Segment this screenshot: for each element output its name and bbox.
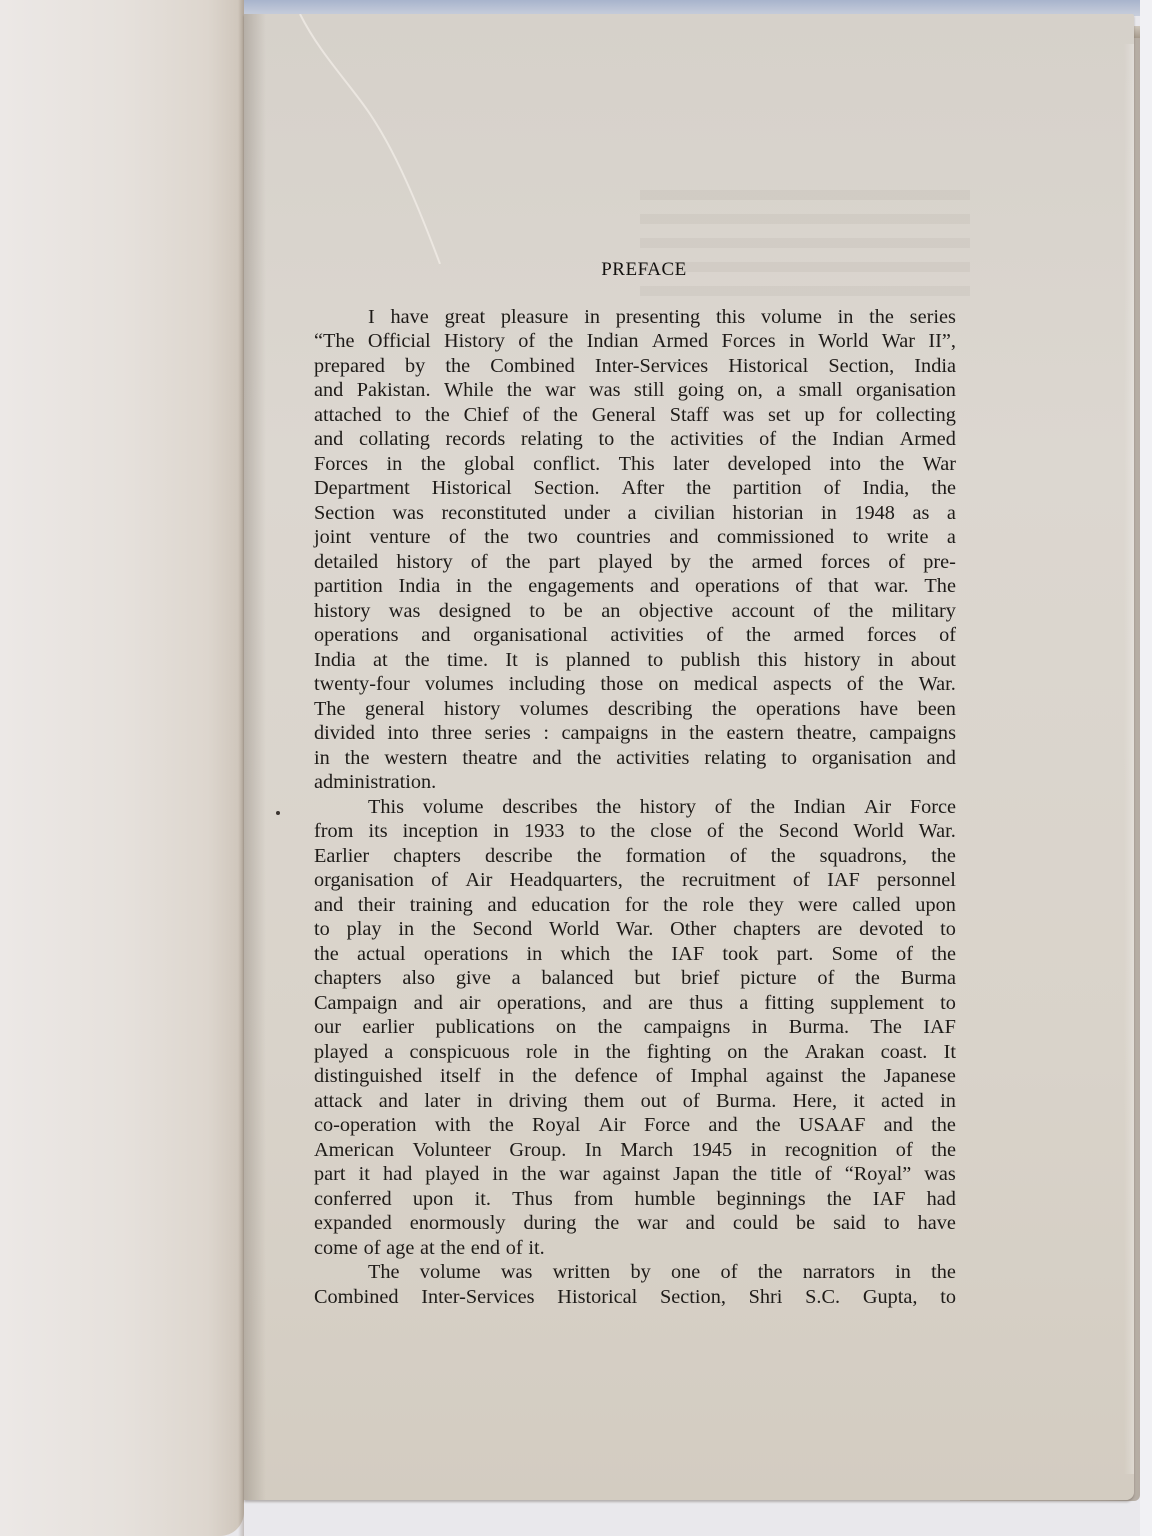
word: of	[364, 1236, 381, 1261]
text-line: ourearlierpublicationsonthecampaignsinBu…	[314, 1015, 956, 1040]
word: played	[314, 1040, 368, 1065]
word: a	[776, 378, 785, 403]
word: activities	[610, 623, 683, 648]
word: twenty-four	[314, 672, 410, 697]
word: conflict.	[533, 452, 600, 477]
text-line: Thevolumewaswrittenbyoneofthenarratorsin…	[314, 1260, 956, 1285]
word: a	[947, 501, 956, 526]
word: Forces	[314, 452, 368, 477]
word: Japanese	[884, 1064, 956, 1089]
word: in	[314, 746, 330, 771]
word: and	[532, 746, 561, 771]
word: co-operation	[314, 1113, 417, 1138]
word: volumes	[425, 672, 494, 697]
word: part	[549, 550, 581, 575]
paragraph: ThisvolumedescribesthehistoryoftheIndian…	[314, 795, 956, 1261]
text-line: distinguisheditselfinthedefenceofImphala…	[314, 1064, 956, 1089]
word: Arakan	[805, 1040, 865, 1065]
word: the	[827, 1187, 852, 1212]
word: Historical	[728, 354, 808, 379]
word: S.C.	[805, 1285, 840, 1310]
word: volume	[761, 305, 822, 330]
word: that	[828, 574, 858, 599]
word: eastern	[726, 721, 783, 746]
left-page	[0, 0, 244, 1536]
word: the	[855, 966, 880, 991]
word: to	[940, 1285, 956, 1310]
word: detailed	[314, 550, 378, 575]
word: have	[860, 697, 898, 722]
word: Section,	[660, 1285, 726, 1310]
word: in	[751, 1138, 767, 1163]
word: the	[686, 476, 711, 501]
word: into	[387, 721, 419, 746]
word: pre-	[923, 550, 956, 575]
word: of	[656, 1064, 673, 1089]
word: could	[733, 1211, 778, 1236]
word: the	[484, 525, 509, 550]
word: war	[637, 1211, 667, 1236]
word: recognition	[785, 1138, 877, 1163]
text-line: playedaconspicuousroleinthefightingonthe…	[314, 1040, 956, 1065]
word: war.	[874, 574, 908, 599]
word: Shri	[749, 1285, 783, 1310]
word: Burma.	[716, 1089, 776, 1114]
word: time.	[447, 648, 488, 673]
word: medical	[694, 672, 758, 697]
word: in	[821, 501, 837, 526]
word: are	[817, 917, 842, 942]
word: II”,	[928, 329, 956, 354]
word: divided	[314, 721, 375, 746]
word: picture	[740, 966, 796, 991]
text-line: expandedenormouslyduringthewarandcouldbe…	[314, 1211, 956, 1236]
word: Headquarters,	[510, 868, 623, 893]
word: Burma	[901, 966, 956, 991]
word: is	[535, 648, 549, 673]
word: the	[712, 697, 737, 722]
word: on	[556, 1015, 576, 1040]
word: a	[384, 1040, 393, 1065]
word: of	[824, 476, 841, 501]
word: operations	[756, 697, 840, 722]
word: attached	[314, 403, 382, 428]
word: organisation	[856, 378, 956, 403]
word: of	[721, 1260, 738, 1285]
word: organisation	[812, 746, 912, 771]
word: including	[509, 672, 586, 697]
word: and	[884, 1113, 913, 1138]
word: to	[781, 746, 797, 771]
word: balanced	[542, 966, 614, 991]
word: the	[931, 1138, 956, 1163]
word: their	[358, 893, 395, 918]
word: 1945	[692, 1138, 733, 1163]
text-line: Campaignandairoperations,andarethusafitt…	[314, 991, 956, 1016]
word: conferred	[314, 1187, 392, 1212]
text-line: partitionIndiaintheengagementsandoperati…	[314, 574, 956, 599]
text-line: ThisvolumedescribesthehistoryoftheIndian…	[314, 795, 956, 820]
word: of	[815, 1162, 832, 1187]
word: developed	[728, 452, 811, 477]
word: from	[314, 819, 353, 844]
word: to	[940, 917, 956, 942]
text-line: theactualoperationsinwhichtheIAFtookpart…	[314, 942, 956, 967]
word: the	[746, 623, 771, 648]
word: Indian	[832, 427, 884, 452]
word: chapters	[733, 917, 801, 942]
word: the	[663, 893, 688, 918]
word: the	[610, 819, 635, 844]
word: history	[804, 648, 860, 673]
word: of	[449, 525, 466, 550]
word: to	[580, 819, 596, 844]
word: to	[598, 427, 614, 452]
word: had	[927, 1187, 956, 1212]
word: and	[414, 991, 443, 1016]
word: the	[532, 1064, 557, 1089]
word: War.	[616, 917, 653, 942]
word: It	[505, 648, 517, 673]
word: Historical	[432, 476, 512, 501]
word: While	[444, 378, 494, 403]
word: later	[424, 1089, 460, 1114]
word: volumes	[520, 697, 589, 722]
word: War.	[919, 819, 956, 844]
word: :	[543, 721, 549, 746]
word: the	[869, 305, 894, 330]
text-line: partithadplayedinthewaragainstJapantheti…	[314, 1162, 956, 1187]
word: civilian	[654, 501, 715, 526]
word: by	[630, 1260, 650, 1285]
word: great	[445, 305, 486, 330]
word: War	[882, 329, 915, 354]
word: pleasure	[501, 305, 569, 330]
word: the	[596, 795, 621, 820]
word: been	[918, 697, 956, 722]
word: 1933	[524, 819, 565, 844]
word: the	[507, 378, 532, 403]
text-line: fromitsinceptionin1933tothecloseoftheSec…	[314, 819, 956, 844]
word: Earlier	[314, 844, 369, 869]
word: chapters	[393, 844, 461, 869]
word: it	[853, 1089, 864, 1114]
word: fighting	[647, 1040, 711, 1065]
word: India	[914, 354, 956, 379]
word: objective	[639, 599, 713, 624]
word: Air	[864, 795, 891, 820]
word: Campaign	[314, 991, 397, 1016]
word: humble	[635, 1187, 696, 1212]
word: are	[648, 991, 673, 1016]
word: The	[924, 574, 956, 599]
word: Staff	[670, 403, 709, 428]
word: forces	[821, 550, 871, 575]
word: role	[703, 893, 735, 918]
word: and	[686, 1211, 715, 1236]
word: at	[373, 648, 388, 673]
word: have	[391, 305, 429, 330]
word: was	[389, 599, 421, 624]
word: to	[529, 599, 545, 624]
word: venture	[370, 525, 431, 550]
word: have	[918, 1211, 956, 1236]
word: the	[598, 1015, 623, 1040]
word: Indian	[794, 795, 846, 820]
word: war	[559, 1162, 589, 1187]
word: Historical	[557, 1285, 637, 1310]
word: After	[621, 476, 664, 501]
word: was	[392, 501, 424, 526]
word: Force	[644, 1113, 690, 1138]
word: by	[405, 354, 425, 379]
paragraph: Ihavegreatpleasureinpresentingthisvolume…	[314, 305, 956, 795]
word: March	[620, 1138, 673, 1163]
text-line: Thegeneralhistoryvolumesdescribingtheope…	[314, 697, 956, 722]
word: the	[521, 1162, 546, 1187]
word: earlier	[362, 1015, 414, 1040]
word: itself	[440, 1064, 481, 1089]
word: fitting	[765, 991, 815, 1016]
word: for	[838, 403, 862, 428]
word: Section,	[828, 354, 894, 379]
word: history	[314, 599, 370, 624]
word: Second	[473, 917, 533, 942]
word: the	[756, 1113, 781, 1138]
word: thus	[689, 991, 723, 1016]
word: “Royal”	[845, 1162, 911, 1187]
word: recruitment	[682, 868, 775, 893]
word: I	[368, 305, 375, 330]
text-line: Forcesintheglobalconflict.Thislaterdevel…	[314, 452, 956, 477]
word: the	[445, 354, 470, 379]
text-line: DepartmentHistoricalSection.Afterthepart…	[314, 476, 956, 501]
word: World	[818, 329, 868, 354]
word: expanded	[314, 1211, 392, 1236]
text-line: Indiaatthetime.Itisplannedtopublishthish…	[314, 648, 956, 673]
word: 1948	[854, 501, 895, 526]
word: conspicuous	[410, 1040, 510, 1065]
word: the	[792, 427, 817, 452]
word: air	[459, 991, 480, 1016]
word: and	[650, 574, 679, 599]
word: had	[383, 1162, 412, 1187]
paragraph: Thevolumewaswrittenbyoneofthenarratorsin…	[314, 1260, 956, 1309]
word: from	[574, 1187, 613, 1212]
word: Gupta,	[863, 1285, 918, 1310]
word: a	[628, 501, 637, 526]
word: give	[456, 966, 491, 991]
word: relating	[521, 427, 583, 452]
word: administration.	[314, 770, 436, 795]
word: IAF	[873, 1187, 906, 1212]
word: it.	[528, 1236, 544, 1261]
word: in	[456, 574, 472, 599]
background-surface-right	[1140, 0, 1152, 1536]
word: against	[603, 1162, 660, 1187]
word: part	[314, 1162, 346, 1187]
word: commissioned	[717, 525, 834, 550]
word: were	[798, 893, 837, 918]
word: devoted	[859, 917, 923, 942]
word: the	[577, 844, 602, 869]
word: personnel	[877, 868, 956, 893]
word: in	[387, 452, 403, 477]
word: Royal	[532, 1113, 580, 1138]
word: armed	[793, 623, 844, 648]
word: come	[314, 1236, 358, 1261]
word: the	[440, 1236, 465, 1261]
word: Inter-Services	[595, 354, 708, 379]
word: the	[732, 1162, 757, 1187]
word: the	[709, 550, 734, 575]
word: to	[940, 991, 956, 1016]
word: series	[910, 305, 956, 330]
word: three	[432, 721, 473, 746]
word: be	[796, 1211, 815, 1236]
word: end	[471, 1236, 500, 1261]
word: Combined	[314, 1285, 399, 1310]
word: squadrons,	[820, 844, 907, 869]
word: describe	[485, 844, 553, 869]
word: close	[650, 819, 692, 844]
word: the	[553, 403, 578, 428]
word: War	[923, 452, 956, 477]
word: a	[947, 525, 956, 550]
word: two	[528, 525, 558, 550]
word: with	[435, 1113, 471, 1138]
text-line: toplayintheSecondWorldWar.Otherchaptersa…	[314, 917, 956, 942]
preface-body: Ihavegreatpleasureinpresentingthisvolume…	[314, 305, 956, 1310]
word: education	[531, 893, 610, 918]
word: the	[931, 1113, 956, 1138]
word: to	[853, 525, 869, 550]
word: aspects	[773, 672, 832, 697]
word: of	[795, 574, 812, 599]
text-line: attackandlaterindrivingthemoutofBurma.He…	[314, 1089, 956, 1114]
word: joint	[314, 525, 351, 550]
word: campaigns	[644, 1015, 731, 1040]
word: for	[625, 893, 649, 918]
word: of	[896, 1138, 913, 1163]
word: General	[592, 403, 656, 428]
text-line: inthewesterntheatreandtheactivitiesrelat…	[314, 746, 956, 771]
word: the	[931, 1260, 956, 1285]
word: on	[727, 1040, 747, 1065]
word: the	[488, 574, 513, 599]
word: military	[892, 599, 956, 624]
word: of	[706, 623, 723, 648]
word: reconstituted	[441, 501, 546, 526]
word: of	[431, 868, 448, 893]
text-line: conferreduponit.Thusfromhumblebeginnings…	[314, 1187, 956, 1212]
word: World	[549, 917, 599, 942]
word: to	[395, 403, 411, 428]
word: Armed	[652, 329, 708, 354]
word: in	[584, 305, 600, 330]
text-line: twenty-fourvolumesincludingthoseonmedica…	[314, 672, 956, 697]
word: in	[477, 1089, 493, 1114]
word: the	[771, 844, 796, 869]
word: and	[708, 1113, 737, 1138]
word: IAF	[827, 868, 860, 893]
text-line: preparedbytheCombinedInter-ServicesHisto…	[314, 354, 956, 379]
word: the	[577, 746, 602, 771]
word: the	[421, 452, 446, 477]
word: of	[683, 1089, 700, 1114]
word: upon	[915, 893, 956, 918]
word: Imphal	[691, 1064, 748, 1089]
word: the	[431, 917, 456, 942]
word: war	[545, 378, 575, 403]
word: to	[884, 1211, 900, 1236]
word: history	[444, 697, 500, 722]
text-line: Sectionwasreconstitutedunderacivilianhis…	[314, 501, 956, 526]
word: Some	[832, 942, 878, 967]
paper-crease	[280, 14, 540, 264]
word: in	[574, 1040, 590, 1065]
word: presenting	[616, 305, 700, 330]
word: countries	[576, 525, 650, 550]
word: one	[671, 1260, 700, 1285]
word: play	[347, 917, 382, 942]
word: of	[471, 550, 488, 575]
word: and	[314, 378, 343, 403]
text-line: chaptersalsogiveabalancedbutbriefpicture…	[314, 966, 956, 991]
word: it	[359, 1162, 370, 1187]
page-title: PREFACE	[332, 258, 956, 283]
word: set	[768, 403, 791, 428]
text-line: dividedintothreeseries:campaignsintheeas…	[314, 721, 956, 746]
word: the	[879, 672, 904, 697]
word: the	[931, 844, 956, 869]
word: in	[789, 329, 805, 354]
word: the	[425, 403, 450, 428]
word: Other	[670, 917, 716, 942]
word: those	[600, 672, 643, 697]
word: our	[314, 1015, 341, 1040]
word: of	[793, 868, 810, 893]
word: written	[553, 1260, 610, 1285]
word: Forces	[722, 329, 776, 354]
word: formation	[626, 844, 706, 869]
word: campaigns	[562, 721, 649, 746]
word: was	[924, 1162, 956, 1187]
word: an	[601, 599, 620, 624]
word: the	[345, 746, 370, 771]
word: Force	[910, 795, 956, 820]
word: under	[564, 501, 610, 526]
word: upon	[413, 1187, 454, 1212]
word: this	[758, 648, 787, 673]
word: History	[444, 329, 505, 354]
text-line: andtheirtrainingandeducationfortheroleth…	[314, 893, 956, 918]
word: write	[887, 525, 929, 550]
word: driving	[509, 1089, 568, 1114]
word: history	[640, 795, 696, 820]
word: still	[634, 378, 664, 403]
word: role	[526, 1040, 558, 1065]
word: history	[396, 550, 452, 575]
word: and	[314, 427, 343, 452]
word: partition	[314, 574, 383, 599]
word: about	[911, 648, 956, 673]
word: records	[446, 427, 506, 452]
word: the	[506, 550, 531, 575]
word: of	[817, 966, 834, 991]
word: This	[368, 795, 404, 820]
word: in	[493, 819, 509, 844]
